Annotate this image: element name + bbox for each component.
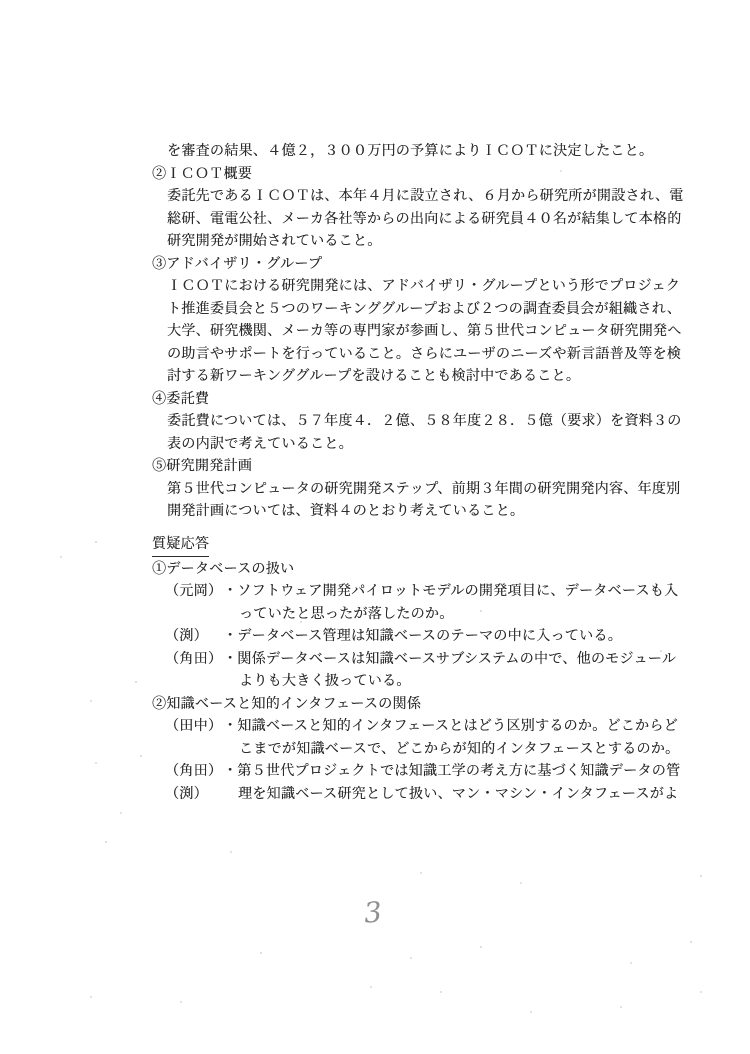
qa-row: （田中）・知識ベースと知的インタフェースとはどう区別するのか。どこからど bbox=[0, 714, 750, 737]
qa-speaker: （角田） bbox=[165, 759, 223, 782]
doc-line: 討する新ワーキンググループを設けることも検討中であること。 bbox=[0, 364, 750, 387]
item-heading-icot-overview: ②ＩＣＯＴ概要 bbox=[0, 162, 750, 185]
item-heading-consignment-fee: ④委託費 bbox=[0, 387, 750, 410]
qa-section-heading-label: 質疑応答 bbox=[152, 532, 209, 557]
handwritten-page-number: 3 bbox=[363, 895, 384, 929]
qa-row: （角田）・第５世代プロジェクトでは知識工学の考え方に基づく知識データの管 bbox=[0, 759, 750, 782]
qa-speaker: （田中） bbox=[165, 714, 223, 737]
doc-line: を審査の結果、４億２，３００万円の予算によりＩＣＯＴに決定したこと。 bbox=[0, 139, 750, 162]
qa-text: ・知識ベースと知的インタフェースとはどう区別するのか。どこからど bbox=[223, 714, 678, 737]
doc-line: ト推進委員会と５つのワーキンググループおよび２つの調査委員会が組織され、 bbox=[0, 297, 750, 320]
qa-text: ・ソフトウェア開発パイロットモデルの開発項目に、データベースも入 bbox=[223, 579, 678, 602]
qa-text: ・データベース管理は知識ベースのテーマの中に入っている。 bbox=[223, 624, 622, 647]
doc-line: の助言やサポートを行っていること。さらにユーザのニーズや新言語普及等を検 bbox=[0, 342, 750, 365]
qa-topic-heading-database: ①データベースの扱い bbox=[0, 557, 750, 580]
item-heading-rd-plan: ⑤研究開発計画 bbox=[0, 454, 750, 477]
qa-continuation-line: っていたと思ったが落したのか。 bbox=[0, 602, 750, 625]
qa-text: ・関係データベースは知識ベースサブシステムの中で、他のモジュール bbox=[223, 647, 676, 670]
qa-speaker: （元岡） bbox=[165, 579, 223, 602]
qa-speaker: （渕） bbox=[165, 624, 223, 647]
qa-speaker: （渕） bbox=[165, 782, 223, 805]
qa-row: （元岡）・ソフトウェア開発パイロットモデルの開発項目に、データベースも入 bbox=[0, 579, 750, 602]
qa-continuation-line: よりも大きく扱っている。 bbox=[0, 669, 750, 692]
doc-line: 表の内訳で考えていること。 bbox=[0, 432, 750, 455]
doc-line: 研究開発が開始されていること。 bbox=[0, 229, 750, 252]
document-text-block: を審査の結果、４億２，３００万円の予算によりＩＣＯＴに決定したこと。 ②ＩＣＯＴ… bbox=[0, 139, 750, 804]
scanned-document-page: を審査の結果、４億２，３００万円の予算によりＩＣＯＴに決定したこと。 ②ＩＣＯＴ… bbox=[0, 0, 750, 1054]
doc-line: 委託費については、５７年度４．２億、５８年度２８．５億（要求）を資料３の bbox=[0, 409, 750, 432]
qa-text: 理を知識ベース研究として扱い、マン・マシン・インタフェースがよ bbox=[223, 782, 678, 805]
qa-section-heading: 質疑応答 bbox=[0, 532, 750, 557]
doc-line: 開発計画については、資料４のとおり考えていること。 bbox=[0, 499, 750, 522]
qa-row: （渕）・データベース管理は知識ベースのテーマの中に入っている。 bbox=[0, 624, 750, 647]
qa-row: （角田）・関係データベースは知識ベースサブシステムの中で、他のモジュール bbox=[0, 647, 750, 670]
qa-topic-heading-kb-interface: ②知識ベースと知的インタフェースの関係 bbox=[0, 692, 750, 715]
qa-speaker: （角田） bbox=[165, 647, 223, 670]
item-heading-advisory-group: ③アドバイザリ・グループ bbox=[0, 252, 750, 275]
doc-line: 総研、電電公社、メーカ各社等からの出向による研究員４０名が結集して本格的 bbox=[0, 207, 750, 230]
qa-row: （渕）理を知識ベース研究として扱い、マン・マシン・インタフェースがよ bbox=[0, 782, 750, 805]
doc-line: 大学、研究機関、メーカ等の専門家が参画し、第５世代コンピュータ研究開発へ bbox=[0, 319, 750, 342]
qa-text: ・第５世代プロジェクトでは知識工学の考え方に基づく知識データの管 bbox=[223, 759, 680, 782]
doc-line: ＩＣＯＴにおける研究開発には、アドバイザリ・グループという形でプロジェク bbox=[0, 274, 750, 297]
doc-line: 第５世代コンピュータの研究開発ステップ、前期３年間の研究開発内容、年度別 bbox=[0, 477, 750, 500]
doc-line: 委託先であるＩＣＯＴは、本年４月に設立され、６月から研究所が開設され、電 bbox=[0, 184, 750, 207]
qa-continuation-line: こまでが知識ベースで、どこからが知的インタフェースとするのか。 bbox=[0, 737, 750, 760]
